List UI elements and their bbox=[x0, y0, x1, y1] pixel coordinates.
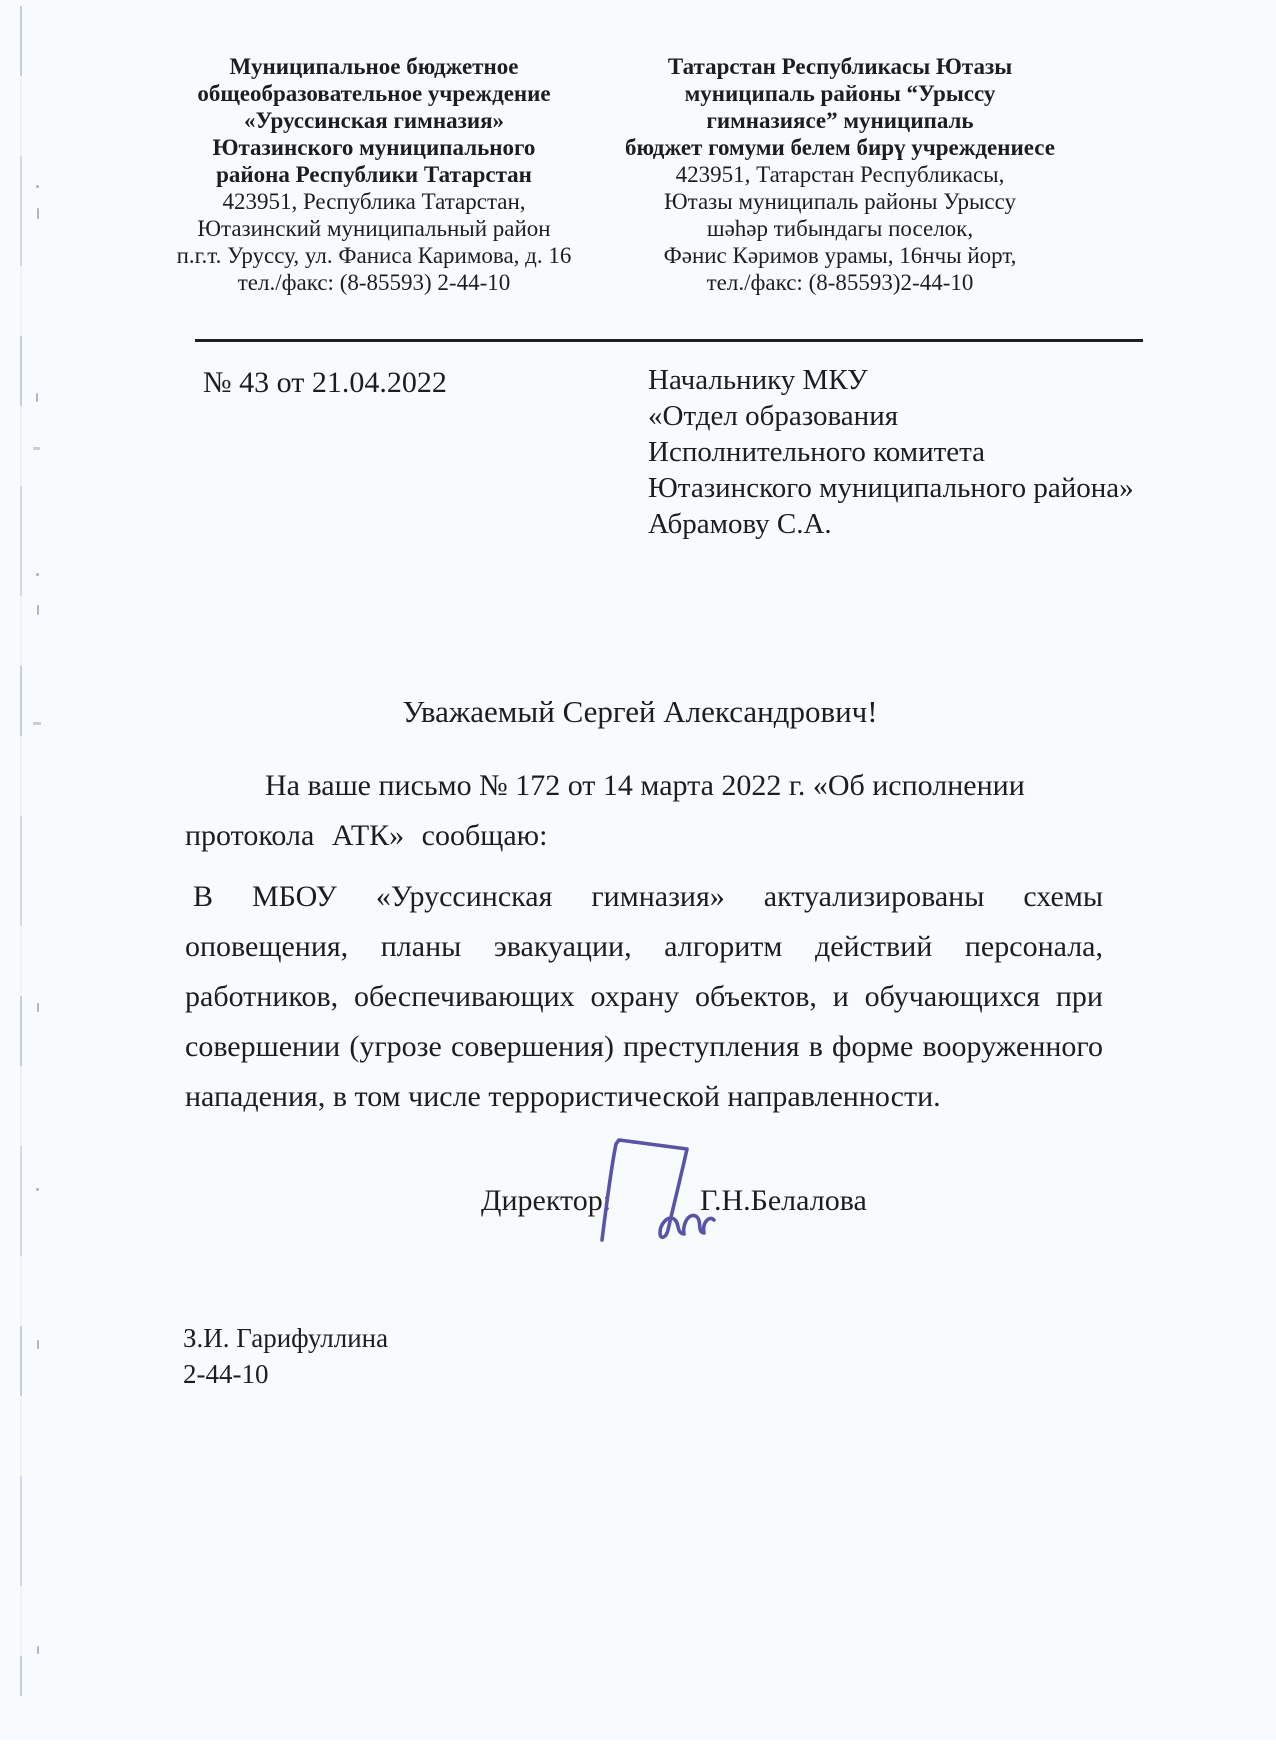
sender-line: муниципаль районы “Урыссу bbox=[612, 80, 1068, 107]
addressee-line: «Отдел образования bbox=[648, 398, 1134, 434]
body-paragraph: В МБОУ «Уруссинская гимназия» актуализир… bbox=[185, 872, 1103, 1122]
scan-artifact bbox=[36, 393, 38, 402]
scan-artifact bbox=[33, 447, 40, 450]
scan-artifact bbox=[33, 722, 41, 725]
addressee-line: Ютазинского муниципального района» bbox=[648, 470, 1134, 506]
scan-artifact bbox=[36, 1188, 39, 1191]
sender-line: «Уруссинская гимназия» bbox=[148, 107, 600, 134]
scanned-letter-page: Муниципальное бюджетное общеобразователь… bbox=[0, 0, 1276, 1740]
sender-line: Ютазинский муниципальный район bbox=[148, 215, 600, 242]
scan-artifact bbox=[36, 185, 39, 188]
executor-block: З.И. Гарифуллина 2-44-10 bbox=[183, 1320, 388, 1392]
signature-name: Г.Н.Белалова bbox=[700, 1184, 867, 1218]
handwritten-signature bbox=[594, 1134, 716, 1248]
sender-line: п.г.т. Уруссу, ул. Фаниса Каримова, д. 1… bbox=[148, 242, 600, 269]
scan-edge-line bbox=[20, 6, 22, 1696]
intro-paragraph: На ваше письмо № 172 от 14 марта 2022 г.… bbox=[185, 761, 1105, 861]
addressee-line: Начальнику МКУ bbox=[648, 362, 1134, 398]
sender-block-tatar: Татарстан Республикасы Ютазы муниципаль … bbox=[612, 53, 1068, 296]
sender-line: района Республики Татарстан bbox=[148, 161, 600, 188]
scan-artifact bbox=[37, 1646, 39, 1654]
scan-artifact bbox=[37, 1003, 39, 1012]
sender-line: гимназиясе” муниципаль bbox=[612, 107, 1068, 134]
reference-number: № 43 от 21.04.2022 bbox=[203, 366, 447, 400]
sender-line: Ютазинского муниципального bbox=[148, 134, 600, 161]
sender-line: 423951, Татарстан Республикасы, bbox=[612, 161, 1068, 188]
sender-line: Фәнис Кәримов урамы, 16нчы йорт, bbox=[612, 242, 1068, 269]
signature-role-label: Директор: bbox=[481, 1184, 611, 1218]
addressee-block: Начальнику МКУ «Отдел образования Исполн… bbox=[648, 362, 1134, 542]
scan-artifact bbox=[36, 573, 39, 576]
sender-line: Муниципальное бюджетное bbox=[148, 53, 600, 80]
scan-artifact bbox=[37, 605, 39, 615]
sender-line: тел./факс: (8-85593)2-44-10 bbox=[612, 269, 1068, 296]
scan-bottom-edge bbox=[0, 1740, 1276, 1755]
scan-artifact bbox=[37, 208, 39, 219]
scan-artifact bbox=[37, 1340, 39, 1349]
intro-line: На ваше письмо № 172 от 14 марта 2022 г.… bbox=[185, 761, 1105, 811]
sender-line: общеобразовательное учреждение bbox=[148, 80, 600, 107]
greeting: Уважаемый Сергей Александрович! bbox=[180, 694, 1100, 730]
addressee-line: Исполнительного комитета bbox=[648, 434, 1134, 470]
addressee-line: Абрамову С.А. bbox=[648, 506, 1134, 542]
sender-block-russian: Муниципальное бюджетное общеобразователь… bbox=[148, 53, 600, 296]
executor-phone: 2-44-10 bbox=[183, 1356, 388, 1392]
sender-line: тел./факс: (8-85593) 2-44-10 bbox=[148, 269, 600, 296]
sender-line: Татарстан Республикасы Ютазы bbox=[612, 53, 1068, 80]
executor-name: З.И. Гарифуллина bbox=[183, 1320, 388, 1356]
sender-line: Ютазы муниципаль районы Урыссу bbox=[612, 188, 1068, 215]
sender-line: шәһәр тибындагы поселок, bbox=[612, 215, 1068, 242]
intro-line: протокола АТК» сообщаю: bbox=[185, 811, 1105, 861]
sender-line: бюджет гомуми белем бирү учреждениесе bbox=[612, 134, 1068, 161]
sender-line: 423951, Республика Татарстан, bbox=[148, 188, 600, 215]
header-divider bbox=[195, 339, 1143, 342]
